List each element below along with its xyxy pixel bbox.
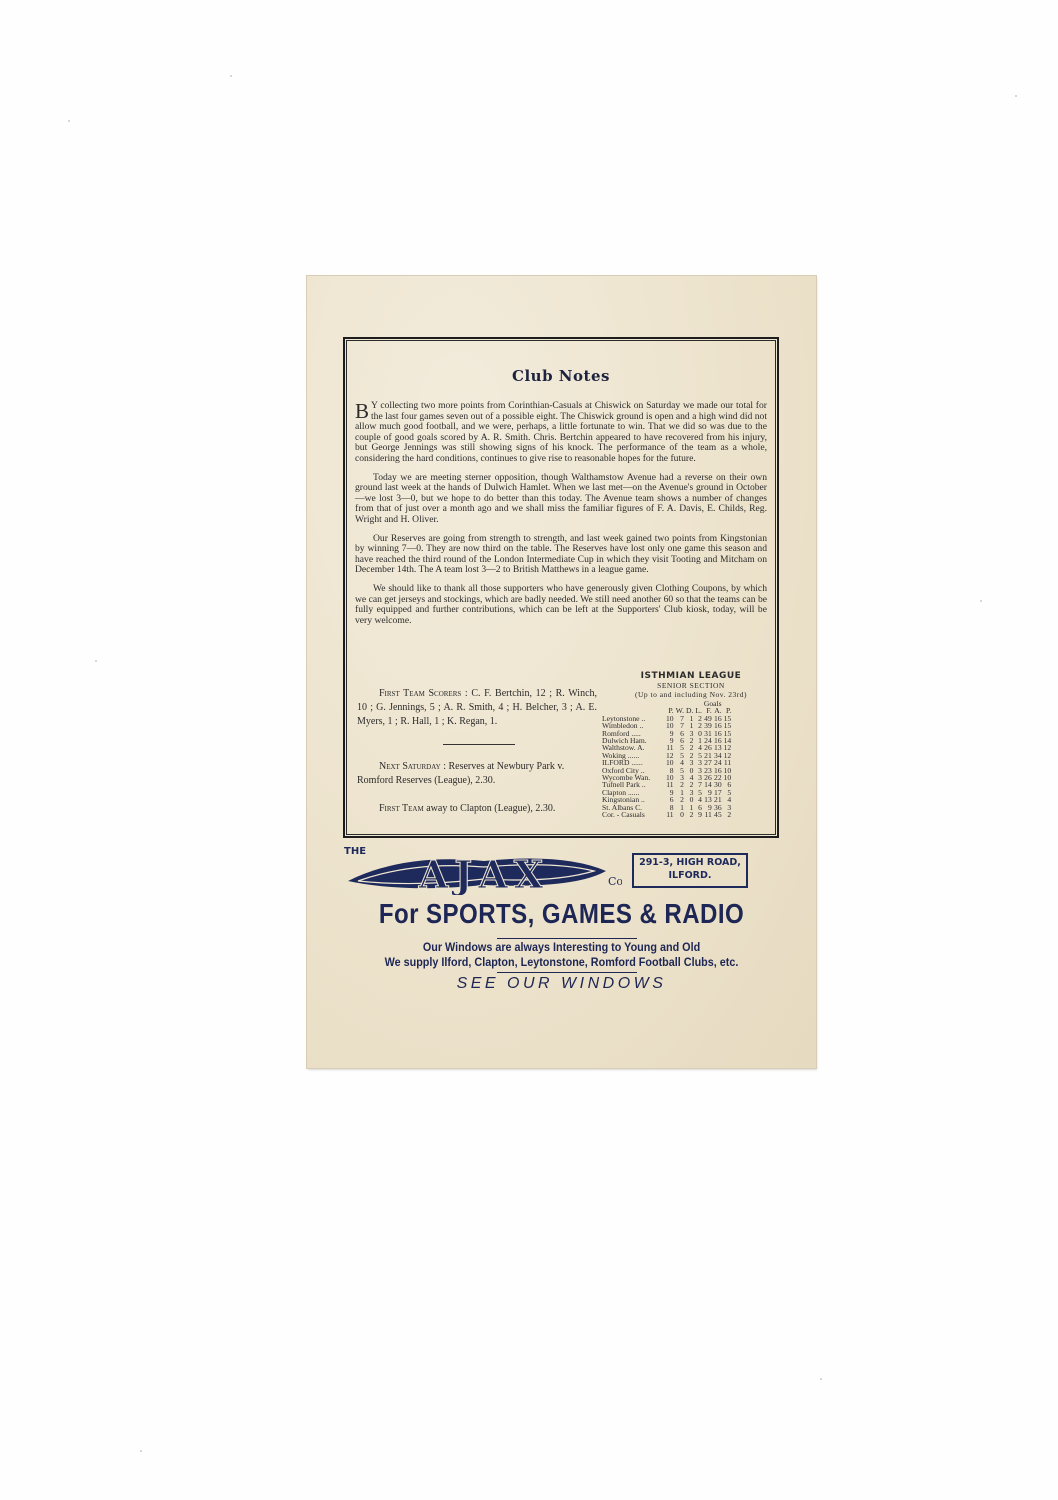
scan-speck	[140, 1450, 142, 1452]
club-notes-body: BY collecting two more points from Corin…	[355, 401, 767, 634]
svg-text:AJAX: AJAX	[418, 852, 549, 895]
scorers-label: First Team Scorers :	[379, 688, 468, 699]
club-notes-frame: Club Notes BY collecting two more points…	[343, 337, 779, 838]
league-table: ISTHMIAN LEAGUE SENIOR SECTION (Up to an…	[602, 671, 780, 819]
paragraph-1: BY collecting two more points from Corin…	[355, 401, 767, 465]
table-row: Cor. - Casuals1102911452	[602, 811, 733, 818]
address-line-1: 291-3, HIGH ROAD,	[634, 856, 746, 869]
scan-speck	[980, 600, 982, 602]
league-section: SENIOR SECTION	[602, 681, 780, 690]
stat-cell: 9	[695, 811, 704, 818]
svg-text:Co: Co	[608, 875, 622, 888]
stat-cell: 45	[714, 811, 724, 818]
first-team-label: First Team	[379, 803, 424, 814]
scan-speck	[820, 1378, 822, 1380]
club-notes-title: Club Notes	[345, 367, 777, 385]
address-line-2: ILFORD.	[634, 869, 746, 882]
stat-cell: 2	[724, 811, 734, 818]
team-name: Cor. - Casuals	[602, 811, 666, 818]
scan-speck	[95, 660, 97, 662]
stat-cell: 11	[666, 811, 676, 818]
ad-rule-bottom	[497, 972, 637, 973]
ad-rule-top	[497, 938, 637, 939]
ad-call-to-action: SEE OUR WINDOWS	[307, 975, 816, 993]
next-saturday-label: Next Saturday :	[379, 761, 446, 772]
ajax-logo: AJAX Co	[344, 851, 622, 895]
stat-cell: 2	[686, 811, 695, 818]
league-title: ISTHMIAN LEAGUE	[602, 671, 780, 681]
ajax-advert: THE AJAX Co 291-3, HIGH ROAD, ILFORD. Fo…	[307, 841, 816, 1061]
programme-page: Club Notes BY collecting two more points…	[307, 276, 816, 1068]
paragraph-2: Today we are meeting sterner opposition,…	[355, 473, 767, 526]
standings-body: Leytonstone ..10712491615Wimbledon ..107…	[602, 715, 733, 819]
ad-headline: For SPORTS, GAMES & RADIO	[343, 898, 781, 930]
address-box: 291-3, HIGH ROAD, ILFORD.	[632, 853, 748, 888]
standings-table: Goals P.W.D.L.F.A.P. Leytonstone ..10712…	[602, 700, 733, 819]
stat-cell: 0	[676, 811, 686, 818]
paragraph-3: Our Reserves are going from strength to …	[355, 534, 767, 576]
scan-speck	[68, 120, 70, 122]
first-team-text: away to Clapton (League), 2.30.	[426, 803, 555, 814]
stat-cell: 11	[704, 811, 714, 818]
first-team-fixture: First Team away to Clapton (League), 2.3…	[357, 803, 597, 814]
ad-tagline-1: Our Windows are always Interesting to Yo…	[332, 940, 790, 954]
next-saturday: Next Saturday : Reserves at Newbury Park…	[357, 760, 597, 788]
scan-speck	[1015, 95, 1017, 97]
ad-tagline-2: We supply Ilford, Clapton, Leytonstone, …	[332, 955, 790, 969]
first-team-scorers: First Team Scorers : C. F. Bertchin, 12 …	[357, 687, 597, 729]
drop-cap: B	[355, 402, 369, 420]
paragraph-4: We should like to thank all those suppor…	[355, 584, 767, 626]
scan-speck	[230, 75, 232, 77]
divider	[443, 744, 515, 745]
league-date-note: (Up to and including Nov. 23rd)	[602, 690, 780, 699]
